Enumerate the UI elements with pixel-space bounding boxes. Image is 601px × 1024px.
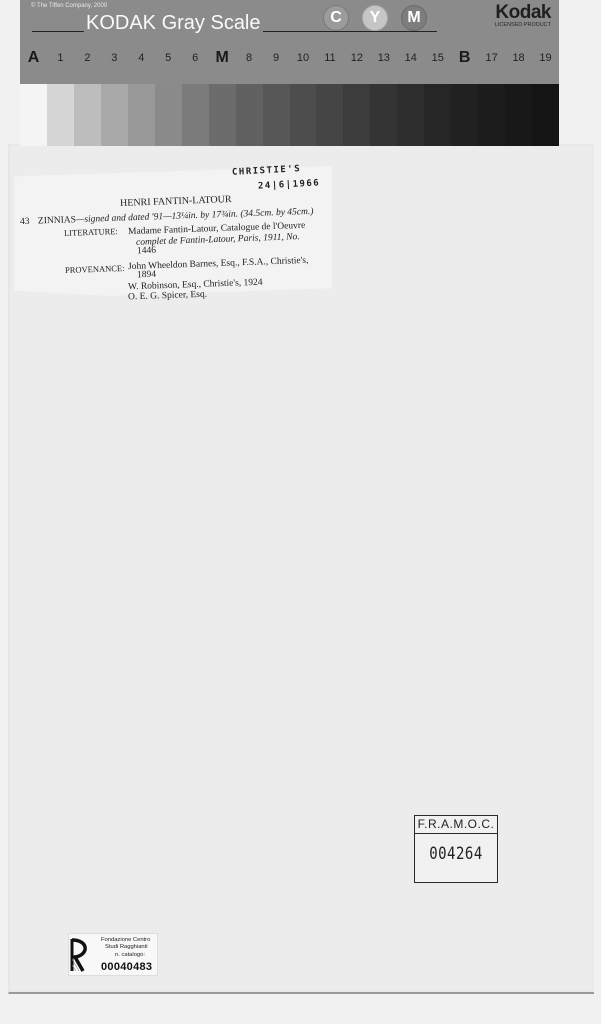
gray-patch [263, 84, 290, 146]
scale-label: 13 [378, 52, 390, 64]
framoc-number: 004264 [415, 844, 497, 863]
gray-patch [343, 84, 370, 146]
gray-patch [532, 84, 559, 146]
gray-patch [128, 84, 155, 146]
magenta-dot-icon: M [401, 5, 427, 31]
gray-patch [74, 84, 101, 146]
scale-label: 15 [432, 52, 444, 64]
copyright-text: © The Tiffen Company, 2000 [31, 3, 107, 9]
scale-label: 12 [351, 52, 363, 64]
gray-patch [316, 84, 343, 146]
scale-label: M [215, 49, 228, 67]
scale-label: 6 [192, 52, 198, 64]
gray-patch [47, 84, 74, 146]
literature-label: LITERATURE: [64, 226, 118, 238]
scale-label: 5 [165, 52, 171, 64]
framoc-header: F.R.A.M.O.C. [415, 816, 497, 834]
scale-label: 17 [486, 52, 498, 64]
scale-label: 10 [297, 52, 309, 64]
gray-patch [236, 84, 263, 146]
fsr-line-3: n. catalogo: [115, 952, 145, 958]
licensed-product-text: LICENSED PRODUCT [495, 22, 551, 28]
lot-number: 43 [20, 217, 30, 227]
gray-patch [20, 84, 47, 146]
yellow-dot-icon: Y [362, 5, 388, 31]
scale-label: 4 [138, 52, 144, 64]
scale-label: 3 [111, 52, 117, 64]
scale-label: B [459, 49, 471, 67]
gray-patch [397, 84, 424, 146]
gray-patch [101, 84, 128, 146]
gray-patches [20, 84, 559, 146]
scale-label: 2 [84, 52, 90, 64]
scale-label: 9 [273, 52, 279, 64]
lot-title: ZINNIAS [38, 215, 76, 226]
gray-patch [155, 84, 182, 146]
literature-line-3: 1446 [137, 246, 156, 257]
gray-scale-title: KODAK Gray Scale [84, 12, 263, 35]
fsr-catalogue-number: 00040483 [101, 961, 152, 973]
gray-patch [505, 84, 532, 146]
provenance-line-2: 1894 [137, 270, 156, 281]
fsr-line-2: Studi Ragghianti [105, 944, 148, 950]
provenance-label: PROVENANCE: [65, 263, 125, 275]
kodak-gray-scale: © The Tiffen Company, 2000 KODAK Gray Sc… [20, 0, 559, 146]
scale-label: 1 [57, 52, 63, 64]
scale-labels: A123456M89101112131415B171819 [20, 52, 559, 74]
fsr-line-1: Fondazione Centro [101, 937, 150, 943]
ragghianti-logo-icon [69, 937, 91, 973]
scale-label: A [28, 49, 40, 67]
fsr-catalogue-sticker: Fondazione Centro Studi Ragghianti n. ca… [68, 933, 158, 976]
kodak-logo: Kodak [495, 2, 551, 24]
scale-label: 8 [246, 52, 252, 64]
gray-patch [290, 84, 317, 146]
cyan-dot-icon: C [323, 5, 349, 31]
scale-label: 18 [512, 52, 524, 64]
gray-patch [424, 84, 451, 146]
scale-label: 19 [539, 52, 551, 64]
scale-label: 11 [324, 52, 335, 64]
gray-patch [209, 84, 236, 146]
scale-label: 14 [405, 52, 417, 64]
gray-patch [370, 84, 397, 146]
framoc-stamp: F.R.A.M.O.C. 004264 [414, 815, 498, 883]
gray-patch [182, 84, 209, 146]
gray-patch [451, 84, 478, 146]
gray-patch [478, 84, 505, 146]
